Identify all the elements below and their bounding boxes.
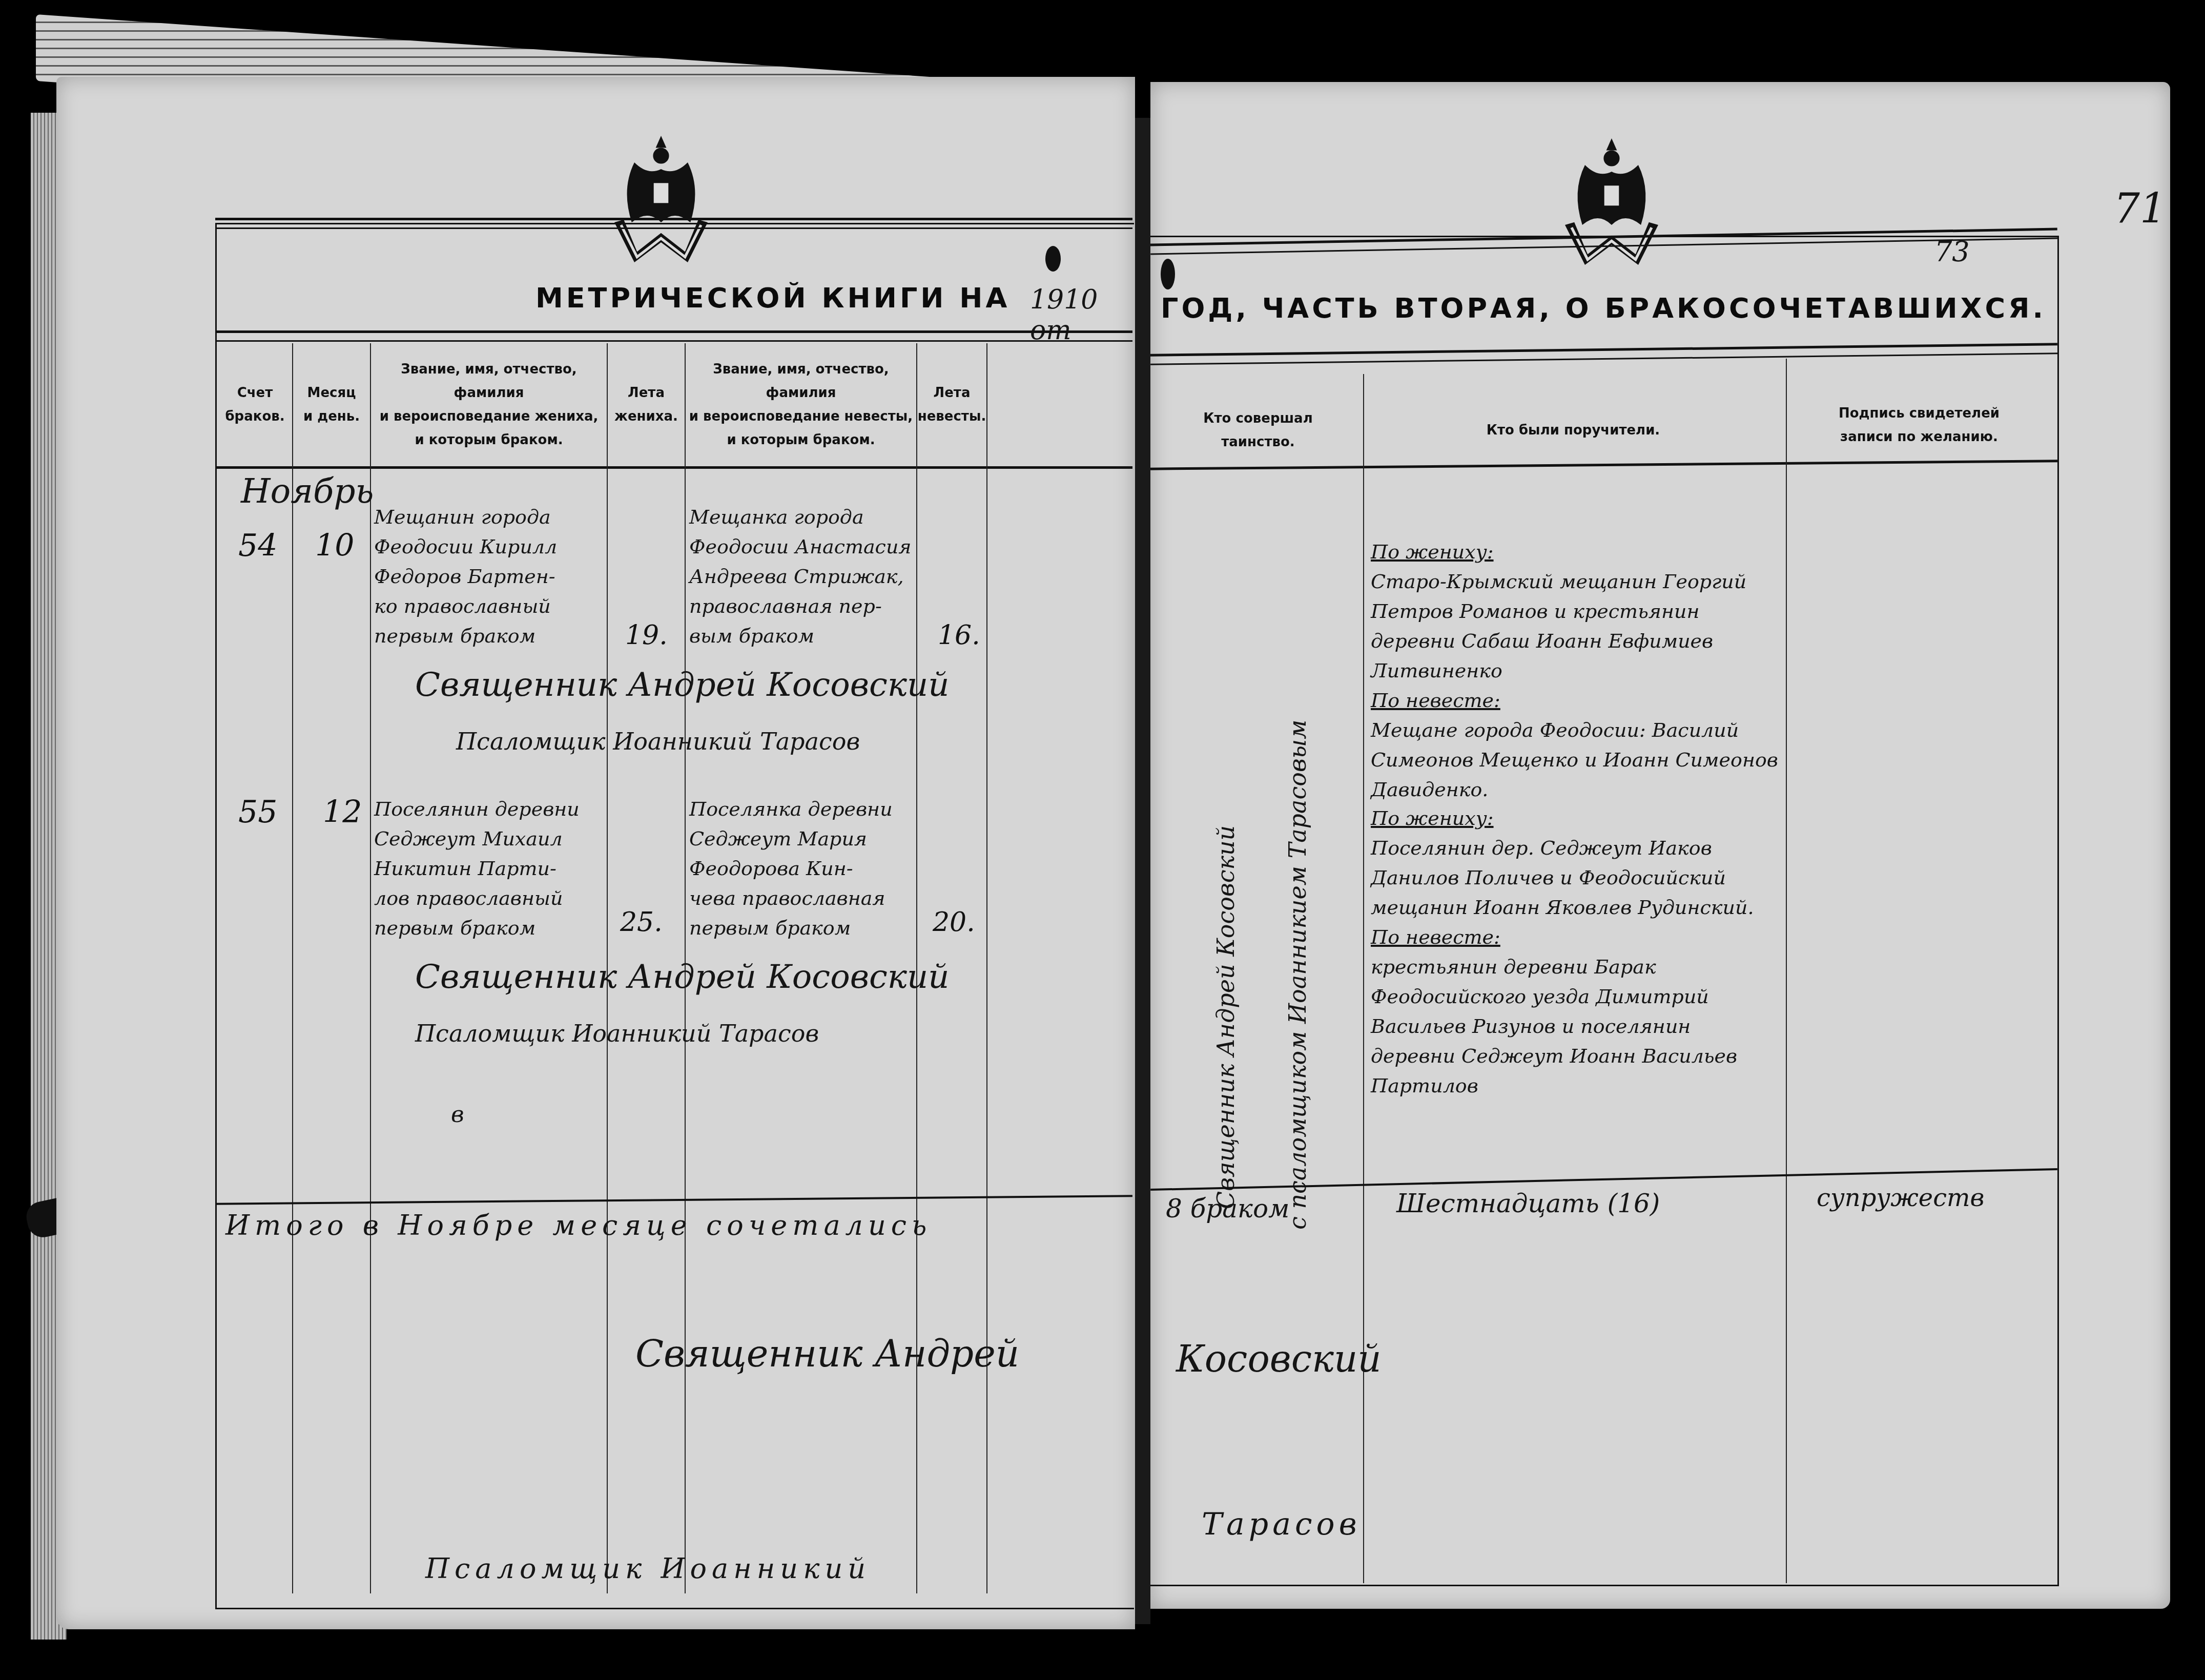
- header-bottom-rule: [215, 466, 1132, 469]
- groom-details: Мещанин города Феодосии Кирилл Федоров Б…: [374, 502, 605, 651]
- groom-age: 19.: [625, 620, 668, 651]
- col-header-groom: Звание, имя, отчество, фамилия и вероисп…: [371, 343, 607, 466]
- col-header-sponsors: Кто были поручители.: [1361, 374, 1786, 487]
- entry-number: 55: [238, 794, 277, 830]
- closing-reader-signature: Псаломщик Иоанникий: [425, 1552, 871, 1585]
- entry-day: 12: [323, 794, 362, 830]
- col-header-month-day: Месяц и день.: [293, 343, 370, 466]
- title-left: Метрической книги на: [535, 282, 1010, 314]
- top-double-rule: [215, 218, 1132, 229]
- col-header-bride: Звание, имя, отчество, фамилия и вероисп…: [686, 343, 916, 466]
- closing-priest-signature: Косовский: [1176, 1337, 1382, 1380]
- sponsors-groom-label: По жениху:: [1371, 541, 1494, 563]
- sponsors-groom: Поселянин дер. Седжеут Иаков Данилов Пол…: [1371, 837, 1754, 919]
- ink-blot: [1161, 259, 1175, 289]
- priest-signature: Священник Андрей Косовский: [415, 958, 949, 996]
- groom-age: 25.: [620, 907, 663, 938]
- bride-details: Поселянка деревни Седжеут Мария Феодоров…: [689, 794, 915, 943]
- left-page: Метрической книги на 1910 от Счет браков…: [56, 77, 1135, 1629]
- summary-words: Шестнадцать (16): [1396, 1189, 1660, 1218]
- column-divider: [370, 343, 371, 1593]
- sponsors-bride-label: По невесте:: [1371, 926, 1500, 948]
- header-top-rule: [215, 330, 1132, 342]
- folio-mark: 71: [2114, 184, 2166, 232]
- right-page: год, часть вторая, о бракосочетавшихся. …: [1150, 82, 2170, 1609]
- book-gutter: [1135, 118, 1150, 1624]
- sponsors-groom-label: По жениху:: [1371, 807, 1494, 829]
- reader-signature: Псаломщик Иоанникий Тарасов: [456, 728, 860, 755]
- reader-signature: Псаломщик Иоанникий Тарасов: [415, 1020, 819, 1047]
- officiant-name-vertical: Священник Андрей Косовский: [1212, 482, 1240, 1209]
- groom-details: Поселянин деревни Седжеут Михаил Никитин…: [374, 794, 605, 943]
- priest-signature: Священник Андрей Косовский: [415, 666, 949, 704]
- bride-details: Мещанка города Феодосии Анастасия Андрее…: [689, 502, 915, 651]
- stray-mark: в: [451, 1102, 464, 1128]
- column-divider: [292, 343, 293, 1593]
- summary-count: 8 браком: [1166, 1194, 1289, 1223]
- bride-age: 16.: [938, 620, 980, 651]
- col-header-bride-age: Лета невесты.: [917, 343, 986, 466]
- sponsors-bride-label: По невесте:: [1371, 689, 1500, 712]
- closing-reader-signature: Тарасов: [1202, 1506, 1361, 1542]
- page-number: 73: [1934, 236, 1970, 268]
- sponsors-entry-55: По жениху: Поселянин дер. Седжеут Иаков …: [1371, 774, 1781, 1101]
- sponsors-entry-54: По жениху: Старо-Крымский мещанин Георги…: [1371, 507, 1781, 804]
- sponsors-bride: крестьянин деревни Барак Феодосийского у…: [1371, 956, 1737, 1097]
- column-divider: [1363, 374, 1364, 1583]
- officiant-reader-vertical: с псаломщиком Иоанникием Тарасовым: [1284, 461, 1311, 1230]
- ink-blot: [1045, 246, 1061, 272]
- col-header-groom-age: Лета жениха.: [608, 343, 685, 466]
- bride-age: 20.: [933, 907, 975, 938]
- summary-line: Итого в Ноябре месяце сочетались: [225, 1209, 932, 1241]
- col-header-count: Счет браков.: [218, 343, 292, 466]
- title-right: год, часть вторая, о бракосочетавшихся.: [1161, 292, 2046, 324]
- sponsors-groom: Старо-Крымский мещанин Георгий Петров Ро…: [1371, 570, 1746, 682]
- col-header-witness-signatures: Подпись свидетелей записи по желанию.: [1786, 369, 2052, 482]
- entry-day: 10: [315, 528, 354, 564]
- column-divider: [986, 343, 987, 1593]
- closing-priest-signature: Священник Андрей: [635, 1332, 1019, 1375]
- entry-number: 54: [238, 528, 277, 564]
- summary-persons: супружеств: [1817, 1184, 1985, 1212]
- column-divider: [1786, 359, 1787, 1583]
- month-label: Ноябрь: [241, 471, 374, 511]
